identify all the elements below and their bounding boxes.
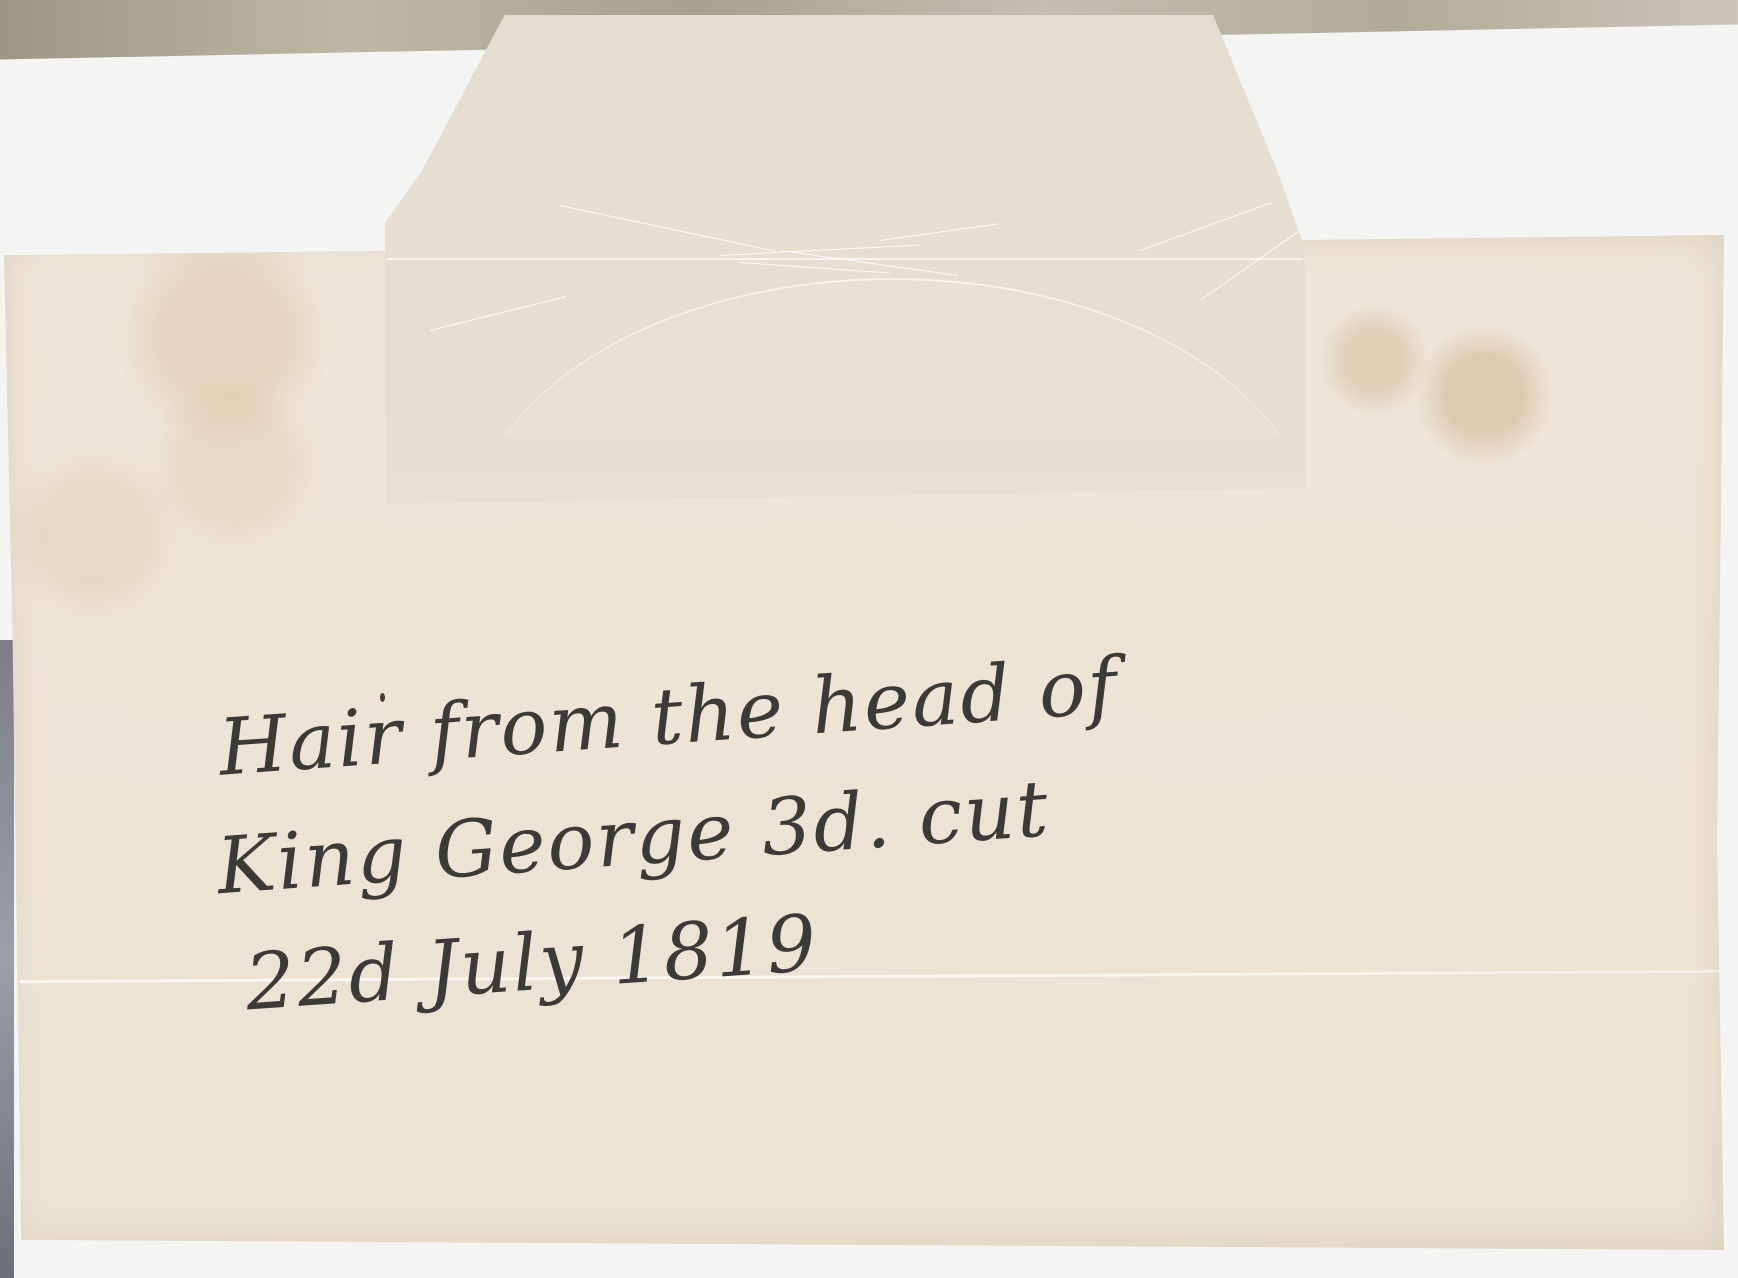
hair-packet-flap bbox=[385, 15, 1305, 535]
scanner-edge-left bbox=[0, 640, 14, 1278]
